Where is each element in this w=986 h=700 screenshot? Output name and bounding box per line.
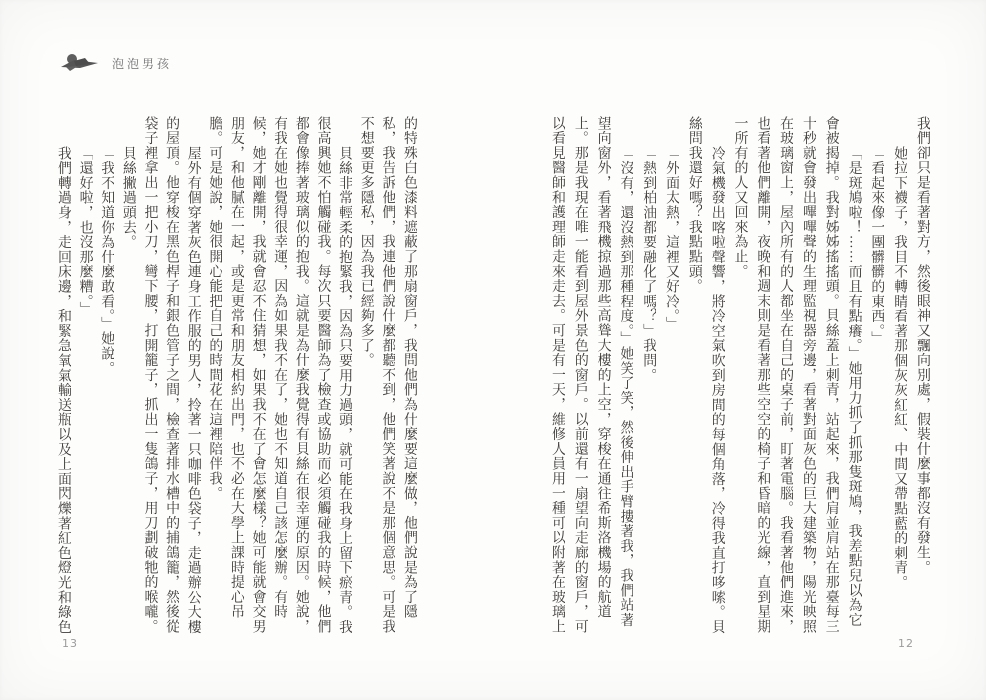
text-column: 「是斑鳩啦！……而且有點癢。」她用力抓了抓那隻斑鳩，我差點兒以為它: [846, 116, 862, 638]
text-column: 貝絲撇過頭去。: [120, 116, 136, 638]
text-column: 她拉下襪子，我目不轉睛看著那個灰灰紅紅、中間又帶點藍的刺青。: [891, 116, 907, 638]
text-column: 候，她才剛離開，我就會忍不住猜想，如果我不在了會怎麼樣？她可能就會交男: [250, 116, 266, 638]
text-column: 膽。可是她說，她很開心能把自己的時間花在這裡陪伴我。: [206, 116, 222, 638]
text-column: 不想要更多隱私，因為我已經夠多了。: [358, 116, 374, 638]
text-column: 「沒有，還沒熱到那種程度。」她笑了笑，然後伸出手臂摟著我，我們站著: [617, 116, 633, 638]
text-column: 「看起來像一團髒髒的東西。」: [868, 116, 884, 638]
book-title: 泡泡男孩: [112, 55, 172, 72]
text-column: 貝絲非常輕柔的抱緊我，因為只要用力過頭，就可能在我身上留下瘀青。我: [336, 116, 352, 638]
text-column: 會被揭掉。我對姊姊搖搖頭。貝絲蓋上刺青，站起來，我們肩並肩站在那臺每三: [823, 116, 839, 638]
text-column: 冷氣機發出喀啦聲響，將冷空氣吹到房間的每個角落，冷得我直打哆嗦。貝: [709, 116, 725, 638]
text-column: 「我不知道你為什麼敢看。」她說。: [98, 116, 114, 638]
page-number-left: 13: [62, 637, 78, 650]
text-column: 有我在她也覺得很幸運，因為如果我不在了，她也不知道自己該怎麼辦。有時: [271, 116, 287, 638]
text-column: 上。那是我現在唯一能看到屋外景色的窗戶。以前還有一扇望向走廊的窗戶，可: [572, 116, 588, 638]
text-column: 十秒就會發出嗶嗶聲的生理監視器旁邊，看著對面灰色的巨大建築物，陽光映照: [800, 116, 816, 638]
book-spread: 泡泡男孩 我們卻只是看著對方，然後眼神又飄向別處，假裝什麼事都沒有發生。她拉下襪…: [0, 0, 986, 700]
text-column: 「還好啦，也沒那麼糟。」: [77, 116, 93, 638]
text-column: 在玻璃窗上，屋內所有的人都坐在自己的桌子前，盯著電腦。我看著他們進來，: [777, 116, 793, 638]
origami-bird-logo-icon: [60, 52, 102, 74]
text-column: 一所有的人又回來為止。: [732, 116, 748, 638]
text-column: 絲問我還好嗎？我點點頭。: [686, 116, 702, 638]
running-header: 泡泡男孩: [60, 52, 172, 74]
text-column: 也看著他們離開，夜晚和週末則是看著那些空空的椅子和昏暗的光線，直到星期: [754, 116, 770, 638]
text-column: 屋外有個穿著灰色連身工作服的男人，拎著一只咖啡色袋子，走過辦公大樓: [185, 116, 201, 638]
text-column: 袋子裡拿出一把小刀，彎下腰，打開籠子，抓出一隻鴿子，用刀劃破牠的喉嚨。: [142, 116, 158, 638]
text-column: 「熱到柏油都要融化了嗎？」我問。: [640, 116, 656, 638]
text-column: 的特殊白色漆料遮蔽了那扇窗戶，我問他們為什麼要這麼做，他們說是為了隱: [401, 116, 417, 638]
text-column: 很高興她不怕觸碰我。每次只要醫師為了檢查或協助而必須觸碰我的時候，他們: [315, 116, 331, 638]
text-column: 的屋頂。他穿梭在黑色桿子和銀色管子之間，檢查著排水槽中的捕鴿籠，然後從: [163, 116, 179, 638]
text-column: 「外面太熱，這裡又好冷。」: [663, 116, 679, 638]
text-column: 我們卻只是看著對方，然後眼神又飄向別處，假裝什麼事都沒有發生。: [914, 116, 930, 638]
text-column: 朋友，和他膩在一起，或是更常和朋友相約出門，也不必在大學上課時提心吊: [228, 116, 244, 638]
page-13-text-block: 的特殊白色漆料遮蔽了那扇窗戶，我問他們為什麼要這麼做，他們說是為了隱私，我告訴他…: [55, 116, 417, 638]
page-12-text-block: 我們卻只是看著對方，然後眼神又飄向別處，假裝什麼事都沒有發生。她拉下襪子，我目不…: [549, 116, 930, 638]
text-column: 都會像捧著玻璃似的抱我。這就是為什麼我覺得有貝絲在很幸運的原因。她說，: [293, 116, 309, 638]
page-number-right: 12: [898, 637, 914, 650]
text-column: 私，我告訴他們，我連他們說什麼都聽不到，他們笑著說不是那個意思。可是我: [379, 116, 395, 638]
text-column: 望向窗外，看著飛機掠過那些高聳大樓的上空，穿梭在通往希斯洛機場的航道: [595, 116, 611, 638]
text-column: 我們轉過身，走回床邊，和緊急氧氣輸送瓶以及上面閃爍著紅色燈光和綠色: [55, 116, 71, 638]
text-column: 以看見醫師和護理師走來走去。可是有一天，維修人員用一種可以附著在玻璃上: [549, 116, 565, 638]
